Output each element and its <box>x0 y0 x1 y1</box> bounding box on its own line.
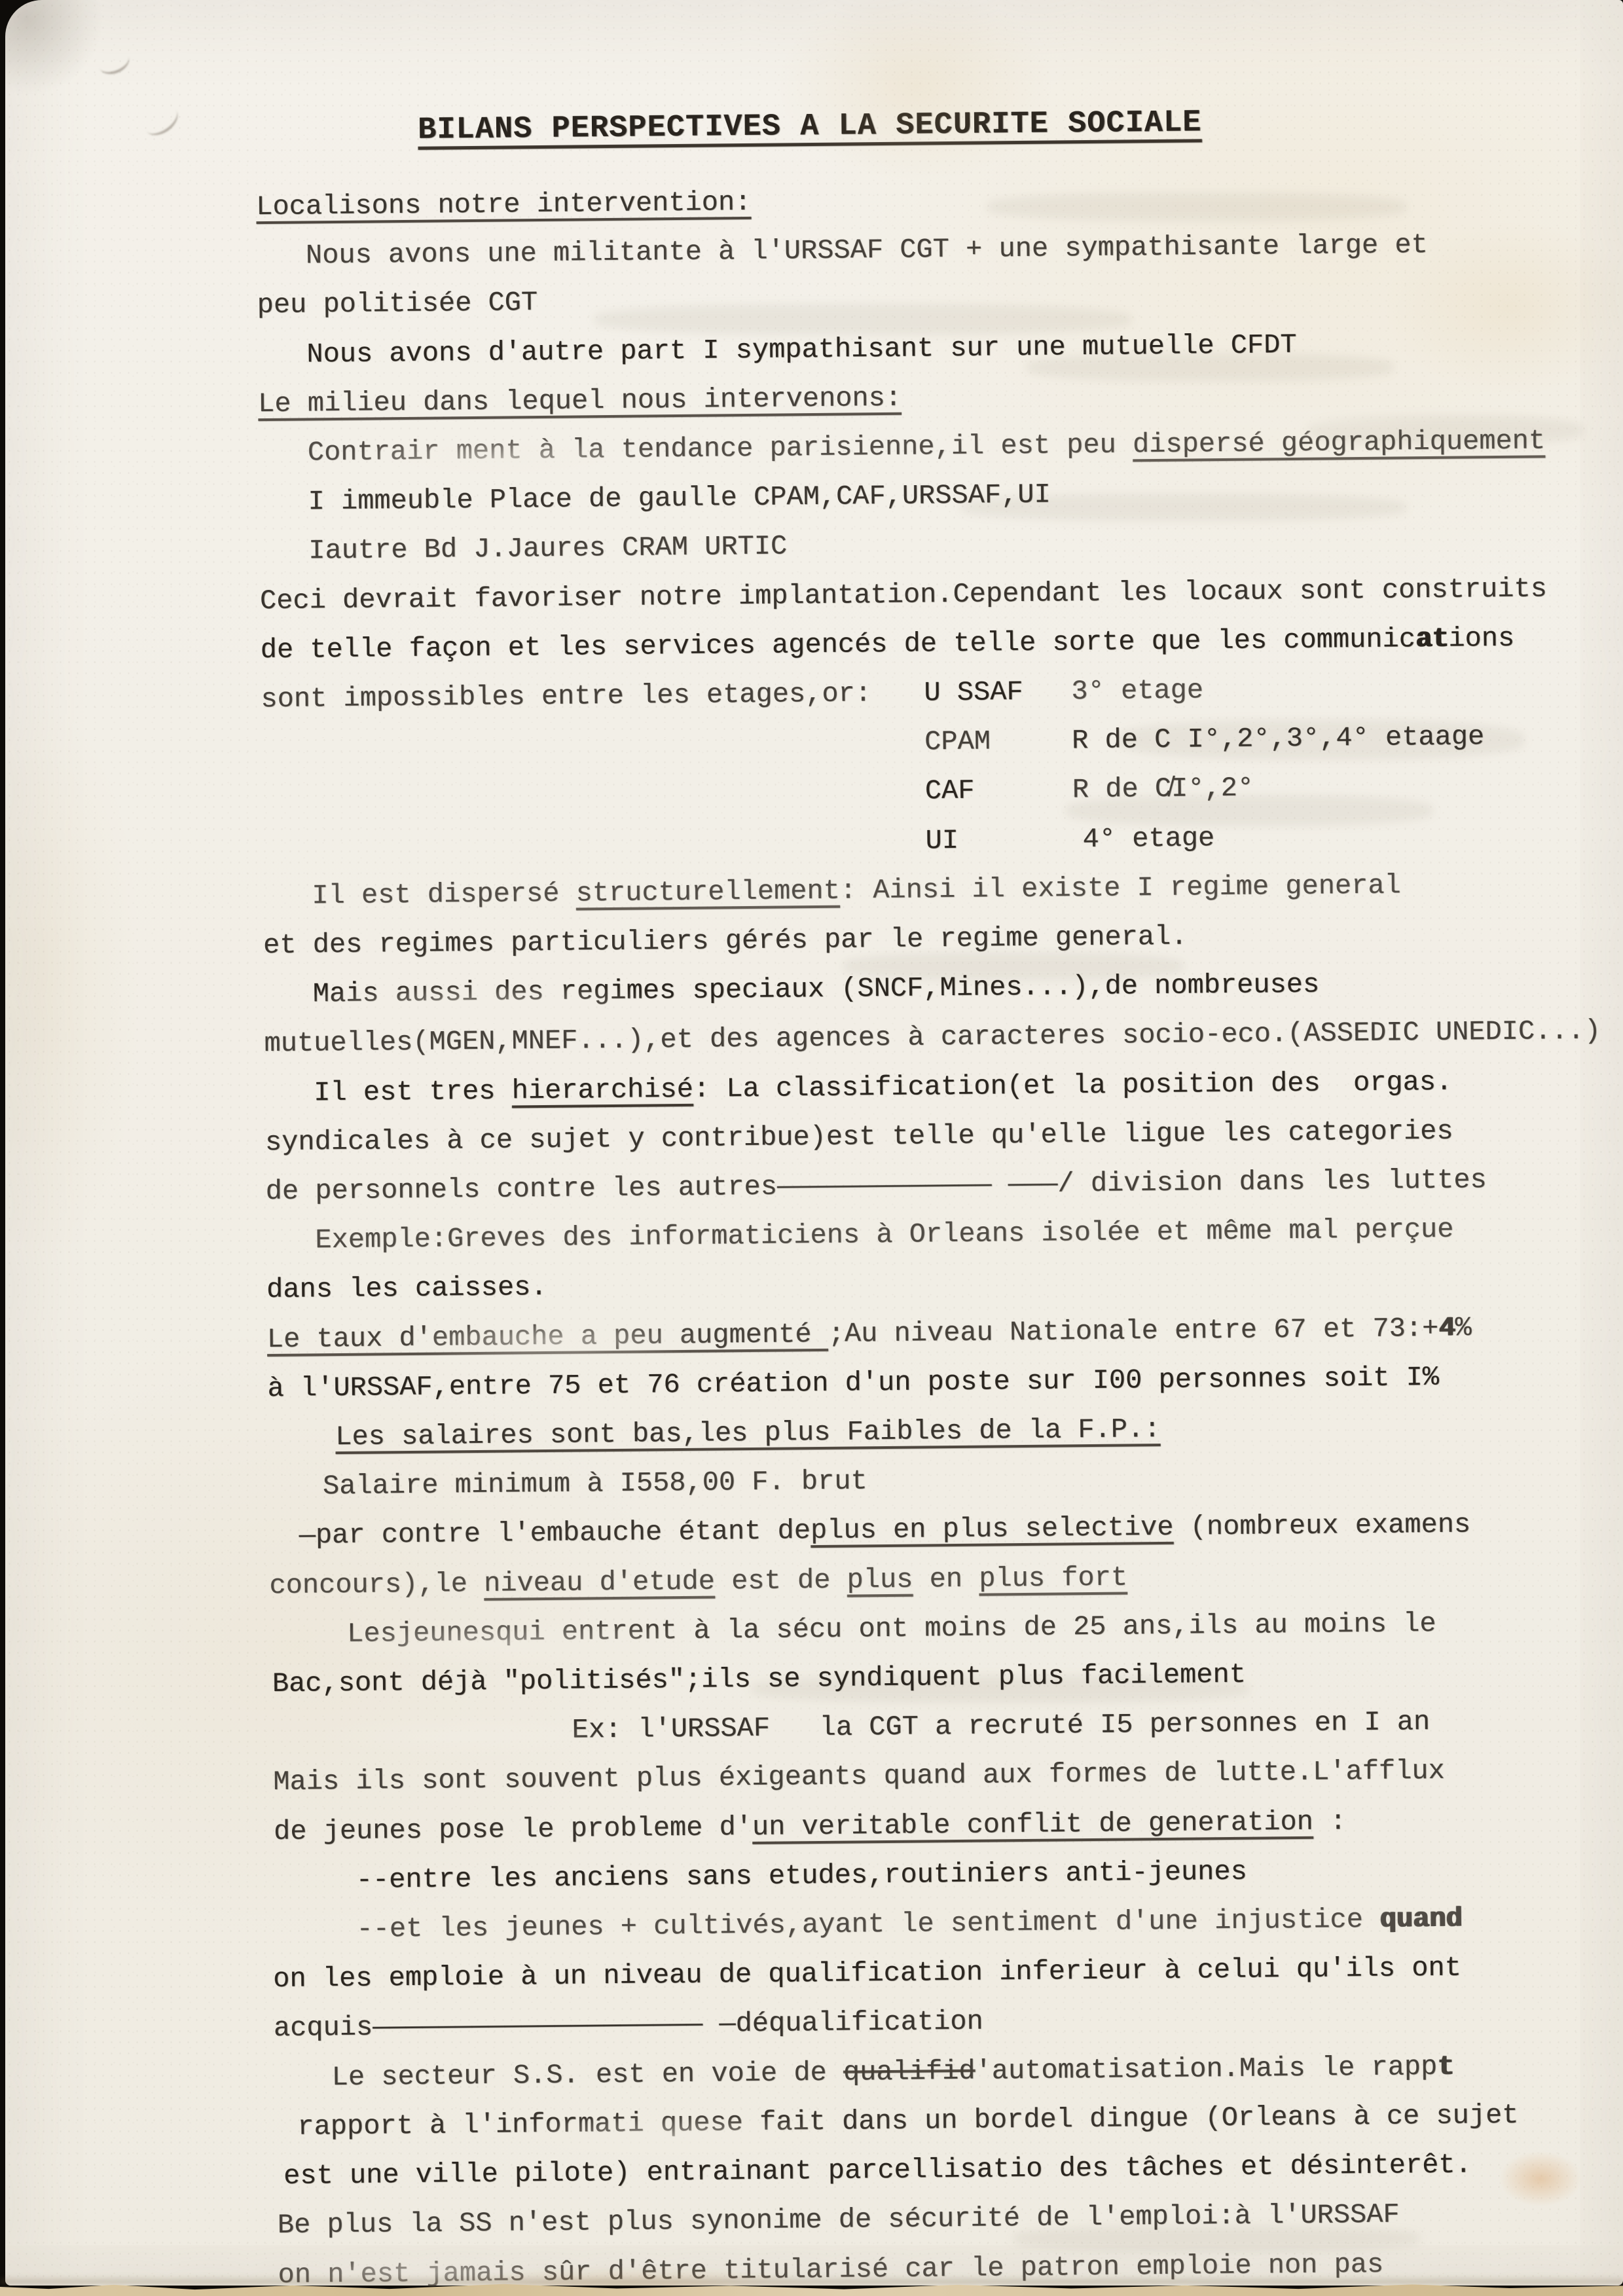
text-line: Contrair ment à la tendance parisienne,i… <box>308 427 1546 466</box>
floors-table-urssaf-value: 3° etage <box>1071 676 1203 705</box>
underlined-text: Le milieu dans lequel nous intervenons: <box>258 382 902 420</box>
text-segment: UI <box>925 825 958 856</box>
text-line: Nous avons une militante à l'URSSAF CGT … <box>306 231 1428 269</box>
text-segment: : Ainsi il existe I regime general <box>840 869 1401 906</box>
typewritten-text: BILANS PERSPECTIVES A LA SECURITE SOCIAL… <box>0 0 1623 2293</box>
floors-table-cpam-value: R de C I°,2°,3°,4° etaage <box>1072 723 1484 754</box>
text-line: de personnels contre les autres—————————… <box>265 1166 1486 1205</box>
text-segment: 4 <box>1438 1313 1455 1344</box>
text-segment: : La classification(et la position des o… <box>693 1066 1453 1105</box>
text-segment: acquis———————————————————— —déqualificat… <box>274 2006 983 2044</box>
text-segment: t <box>1437 2051 1454 2083</box>
text-line: Il est dispersé structurellement: Ainsi … <box>312 871 1401 909</box>
text-line: Mais ils sont souvent plus éxigeants qua… <box>273 1757 1445 1796</box>
text-line: Il est tres hierarchisé: La classificati… <box>314 1068 1452 1107</box>
floors-table-ui-label: UI <box>925 827 958 854</box>
text-segment: 'automatisation.Mais le rapp <box>975 2051 1437 2087</box>
text-line: —par contre l'embauche étant deplus en p… <box>299 1510 1470 1549</box>
text-segment: mutuelles(MGEN,MNEF...),et des agences à… <box>264 1015 1601 1060</box>
heading-salaires: Les salaires sont bas,les plus Faibles d… <box>335 1415 1161 1451</box>
underlined-text: Les salaires sont bas,les plus Faibles d… <box>335 1413 1161 1453</box>
floors-table-cpam-label: CPAM <box>924 727 991 756</box>
text-line: et des regimes particuliers gérés par le… <box>263 923 1188 960</box>
text-segment: --entre les anciens sans etudes,routinie… <box>356 1856 1247 1896</box>
text-line: I immeuble Place de gaulle CPAM,CAF,URSS… <box>308 481 1051 516</box>
text-line: Be plus la SS n'est plus synonime de séc… <box>278 2201 1400 2239</box>
underlined-text: plus en plus selective <box>811 1512 1174 1546</box>
text-segment: Be plus la SS n'est plus synonime de séc… <box>278 2199 1400 2241</box>
text-line: Nous avons d'autre part I sympathisant s… <box>306 331 1297 369</box>
underlined-text: structurellement <box>575 875 840 909</box>
text-line: concours),le niveau d'etude est de plus … <box>269 1563 1127 1599</box>
text-segment: quand <box>1379 1903 1462 1935</box>
text-segment: Nous avons une militante à l'URSSAF CGT … <box>306 229 1428 271</box>
text-segment: peu politisée CGT <box>257 287 538 321</box>
underlined-text: plus fort <box>979 1561 1127 1594</box>
text-segment: % <box>1455 1312 1472 1343</box>
underlined-text: niveau d'etude <box>484 1566 715 1599</box>
text-segment: à l'URSSAF,entre 75 et 76 création d'un … <box>267 1362 1439 1404</box>
text-line: à l'URSSAF,entre 75 et 76 création d'un … <box>267 1364 1439 1402</box>
struck-text: qualifid <box>843 2056 976 2088</box>
text-line: --et les jeunes + cultivés,ayant le sent… <box>356 1905 1462 1943</box>
text-segment: (nombreux examens <box>1173 1508 1470 1542</box>
text-segment: CAF <box>925 775 975 807</box>
heading-localisons: Localisons notre intervention: <box>256 189 751 221</box>
paper-sheet: BILANS PERSPECTIVES A LA SECURITE SOCIAL… <box>5 0 1623 2286</box>
text-segment: rapport à l'informati quese fait dans un… <box>297 2100 1518 2143</box>
text-segment: ;Au niveau Nationale entre 67 et 73:+ <box>828 1313 1438 1350</box>
text-segment: R de C I°,2°,3°,4° etaage <box>1072 721 1485 756</box>
text-segment: Bac,sont déjà "politisés";ils se syndiqu… <box>272 1659 1246 1700</box>
text-segment: Nous avons d'autre part I sympathisant s… <box>306 329 1297 371</box>
text-segment: de personnels contre les autres—————————… <box>265 1164 1486 1207</box>
text-line: Iautre Bd J.Jaures CRAM URTIC <box>308 532 787 564</box>
text-segment: Il est dispersé <box>312 878 576 912</box>
underlined-text: Le taux d'embauche a peu augmenté <box>267 1319 828 1355</box>
underlined-text: un veritable conflit de generation <box>752 1806 1313 1843</box>
text-segment: est de <box>715 1565 847 1597</box>
heading-taux-embauche: Le taux d'embauche a peu augmenté ;Au ni… <box>267 1314 1472 1353</box>
text-segment: 3° etage <box>1071 674 1203 707</box>
text-segment: en <box>913 1563 979 1595</box>
underlined-text: plus <box>847 1564 913 1596</box>
text-line: on n'est jamais sûr d'être titularisé ca… <box>278 2251 1383 2289</box>
text-segment: --et les jeunes + cultivés,ayant le sent… <box>356 1904 1379 1945</box>
text-segment: Mais ils sont souvent plus éxigeants qua… <box>273 1755 1445 1798</box>
text-segment: Le secteur S.S. est en voie de <box>331 2057 843 2093</box>
text-line: sont impossibles entre les etages,or: <box>261 680 871 713</box>
text-segment: est une ville pilote) entrainant parcell… <box>283 2149 1472 2191</box>
scanned-document: { "document_title": "BILANS PERSPECTIVES… <box>0 0 1623 2296</box>
text-line: --entre les anciens sans etudes,routinie… <box>356 1858 1247 1894</box>
text-segment: on les emploie à un niveau de qualificat… <box>273 1952 1461 1995</box>
text-segment: on n'est jamais sûr d'être titularisé ca… <box>278 2249 1383 2291</box>
heading-milieu: Le milieu dans lequel nous intervenons: <box>258 384 902 418</box>
text-line: Salaire minimum à I558,00 F. brut <box>323 1467 867 1500</box>
text-line: peu politisée CGT <box>257 289 538 319</box>
text-line: Lesjeunesqui entrent à la sécu ont moins… <box>347 1610 1436 1648</box>
text-line: est une ville pilote) entrainant parcell… <box>283 2151 1472 2189</box>
underlined-text: dispersé géographiquement <box>1133 425 1546 460</box>
text-segment: Iautre Bd J.Jaures CRAM URTIC <box>308 530 787 566</box>
floors-table-urssaf-label: U SSAF <box>924 678 1023 706</box>
text-segment: syndicales à ce sujet y contribue)est te… <box>265 1116 1453 1158</box>
text-segment: de jeunes pose le probleme d' <box>274 1812 752 1848</box>
text-line: Bac,sont déjà "politisés";ils se syndiqu… <box>272 1661 1246 1698</box>
floors-table-ui-value: 4° etage <box>1082 824 1214 853</box>
text-segment: dans les caisses. <box>266 1271 547 1305</box>
text-line: Ex: l'URSSAF la CGT a recruté I5 personn… <box>572 1708 1430 1744</box>
text-line: on les emploie à un niveau de qualificat… <box>273 1954 1461 1993</box>
text-segment: Exemple:Greves des informaticiens à Orle… <box>315 1214 1453 1256</box>
underlined-text: BILANS PERSPECTIVES A LA SECURITE SOCIAL… <box>418 105 1202 147</box>
underlined-text: hierarchisé <box>511 1074 693 1107</box>
text-line: de telle façon et les services agencés d… <box>260 625 1514 664</box>
text-segment: I immeuble Place de gaulle CPAM,CAF,URSS… <box>308 479 1051 518</box>
text-line: syndicales à ce sujet y contribue)est te… <box>265 1118 1453 1156</box>
text-segment: CPAM <box>924 725 991 757</box>
floors-table-caf-value: R de C̸I°,2° <box>1072 774 1254 804</box>
text-segment: Salaire minimum à I558,00 F. brut <box>323 1465 867 1502</box>
text-line: Le secteur S.S. est en voie de qualifid'… <box>331 2053 1453 2091</box>
text-segment: ions <box>1448 623 1514 655</box>
floors-table-caf-label: CAF <box>925 777 975 805</box>
text-line: Ceci devrait favoriser notre implantatio… <box>260 575 1547 615</box>
text-segment: —par contre l'embauche étant de <box>299 1515 811 1551</box>
text-segment: Ceci devrait favoriser notre implantatio… <box>260 573 1547 617</box>
text-line: dans les caisses. <box>266 1273 547 1303</box>
text-segment: R de C̸I°,2° <box>1072 773 1254 806</box>
underlined-text: Localisons notre intervention: <box>256 187 752 223</box>
text-segment: : <box>1313 1806 1347 1837</box>
text-segment: U SSAF <box>924 676 1023 708</box>
text-segment: Ex: l'URSSAF la CGT a recruté I5 personn… <box>572 1706 1430 1746</box>
text-line: mutuelles(MGEN,MNEF...),et des agences à… <box>264 1017 1601 1058</box>
text-segment: at <box>1415 623 1449 655</box>
document-title: BILANS PERSPECTIVES A LA SECURITE SOCIAL… <box>418 107 1202 145</box>
text-segment: sont impossibles entre les etages,or: <box>261 678 871 715</box>
text-segment: Mais aussi des regimes speciaux (SNCF,Mi… <box>313 969 1320 1010</box>
text-segment: 4° etage <box>1082 822 1214 855</box>
text-segment: Lesjeunesqui entrent à la sécu ont moins… <box>347 1608 1436 1650</box>
text-line: acquis———————————————————— —déqualificat… <box>274 2008 983 2042</box>
text-line: Exemple:Greves des informaticiens à Orle… <box>315 1216 1453 1254</box>
text-segment: Contrair ment à la tendance parisienne,i… <box>308 429 1133 468</box>
text-segment: Il est tres <box>314 1075 512 1108</box>
text-line: Mais aussi des regimes speciaux (SNCF,Mi… <box>313 971 1320 1008</box>
text-segment: de telle façon et les services agencés d… <box>260 623 1415 666</box>
text-segment: concours),le <box>269 1568 484 1601</box>
text-line: rapport à l'informati quese fait dans un… <box>297 2102 1518 2141</box>
text-line: de jeunes pose le probleme d'un veritabl… <box>274 1808 1347 1846</box>
text-segment: et des regimes particuliers gérés par le… <box>263 921 1188 962</box>
